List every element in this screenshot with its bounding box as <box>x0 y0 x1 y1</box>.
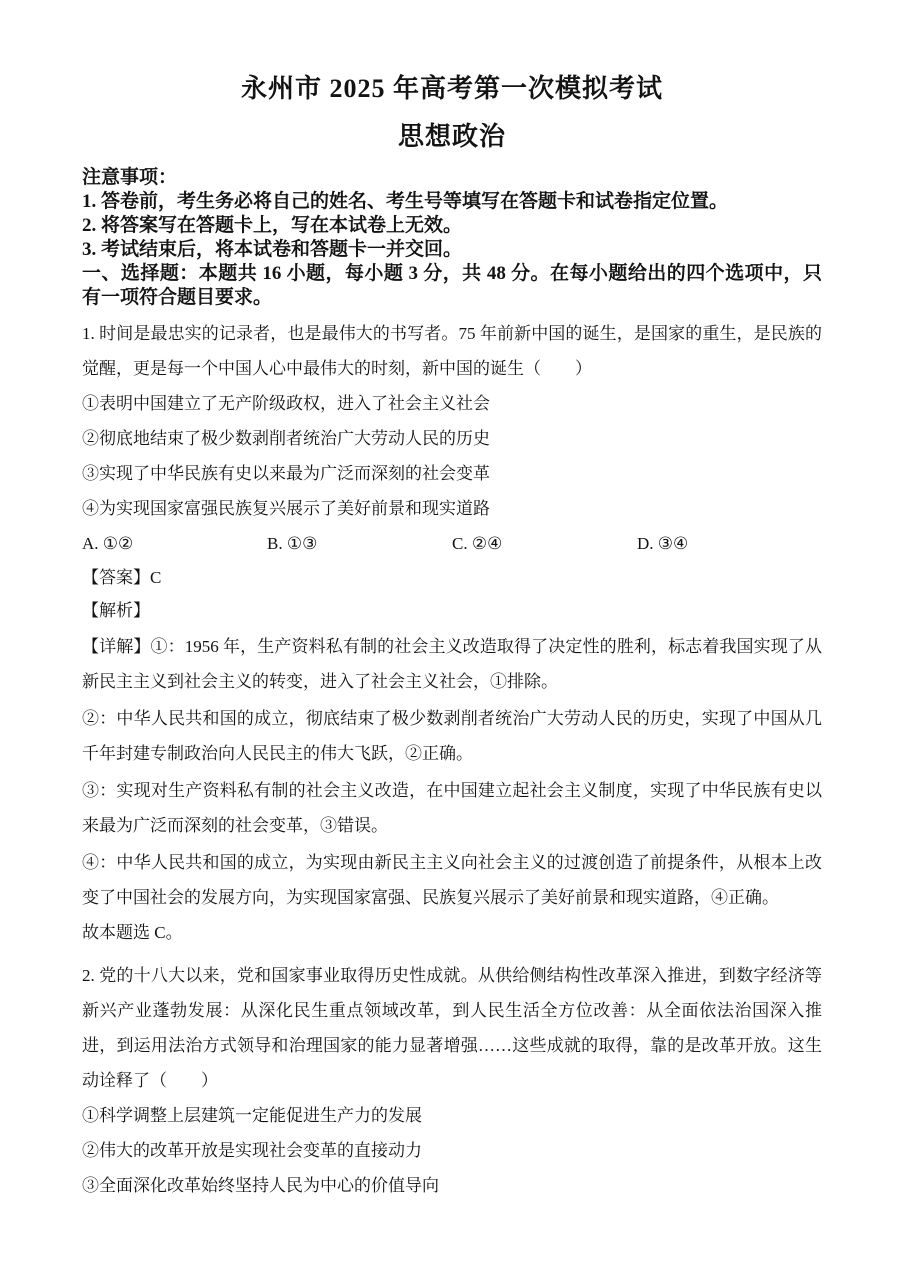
question-1-conclusion: 故本题选 C。 <box>82 915 822 950</box>
notice-heading: 注意事项： <box>82 166 822 190</box>
question-1-option-1: ①表明中国建立了无产阶级政权，进入了社会主义社会 <box>82 386 822 421</box>
choice-b: B. ①③ <box>267 526 452 561</box>
notice-item-3: 3. 考试结束后，将本试卷和答题卡一并交回。 <box>82 238 822 262</box>
question-1-option-4: ④为实现国家富强民族复兴展示了美好前景和现实道路 <box>82 491 822 526</box>
question-2-stem: 2. 党的十八大以来，党和国家事业取得历史性成就。从供给侧结构性改革深入推进，到… <box>82 958 822 1098</box>
question-2: 2. 党的十八大以来，党和国家事业取得历史性成就。从供给侧结构性改革深入推进，到… <box>82 958 822 1203</box>
question-1-detail-1: 【详解】①：1956 年，生产资料私有制的社会主义改造取得了决定性的胜利，标志着… <box>82 629 822 699</box>
question-1-stem: 1. 时间是最忠实的记录者，也是最伟大的书写者。75 年前新中国的诞生，是国家的… <box>82 316 822 386</box>
notice-section: 注意事项： 1. 答卷前，考生务必将自己的姓名、考生号等填写在答题卡和试卷指定位… <box>82 166 822 262</box>
choice-d: D. ③④ <box>637 526 822 561</box>
choice-c: C. ②④ <box>452 526 637 561</box>
question-2-option-1: ①科学调整上层建筑一定能促进生产力的发展 <box>82 1098 822 1133</box>
question-1: 1. 时间是最忠实的记录者，也是最伟大的书写者。75 年前新中国的诞生，是国家的… <box>82 316 822 950</box>
exam-title: 永州市 2025 年高考第一次模拟考试 <box>82 72 822 106</box>
notice-item-2: 2. 将答案写在答题卡上，写在本试卷上无效。 <box>82 214 822 238</box>
question-1-choices: A. ①② B. ①③ C. ②④ D. ③④ <box>82 526 822 561</box>
exam-document-page: 永州市 2025 年高考第一次模拟考试 思想政治 注意事项： 1. 答卷前，考生… <box>0 0 900 1273</box>
question-1-answer: 【答案】C <box>82 561 822 594</box>
notice-item-1: 1. 答卷前，考生务必将自己的姓名、考生号等填写在答题卡和试卷指定位置。 <box>82 190 822 214</box>
question-2-option-2: ②伟大的改革开放是实现社会变革的直接动力 <box>82 1133 822 1168</box>
choice-a: A. ①② <box>82 526 267 561</box>
question-1-detail-4: ④：中华人民共和国的成立，为实现由新民主主义向社会主义的过渡创造了前提条件，从根… <box>82 845 822 915</box>
exam-subject-title: 思想政治 <box>82 120 822 154</box>
section-one-heading: 一、选择题：本题共 16 小题，每小题 3 分，共 48 分。在每小题给出的四个… <box>82 262 822 310</box>
question-1-detail-3: ③：实现对生产资料私有制的社会主义改造，在中国建立起社会主义制度，实现了中华民族… <box>82 773 822 843</box>
question-1-detail-2: ②：中华人民共和国的成立，彻底结束了极少数剥削者统治广大劳动人民的历史，实现了中… <box>82 701 822 771</box>
question-1-option-2: ②彻底地结束了极少数剥削者统治广大劳动人民的历史 <box>82 421 822 456</box>
question-2-option-3: ③全面深化改革始终坚持人民为中心的价值导向 <box>82 1168 822 1203</box>
question-1-option-3: ③实现了中华民族有史以来最为广泛而深刻的社会变革 <box>82 456 822 491</box>
question-1-analysis-label: 【解析】 <box>82 594 822 627</box>
